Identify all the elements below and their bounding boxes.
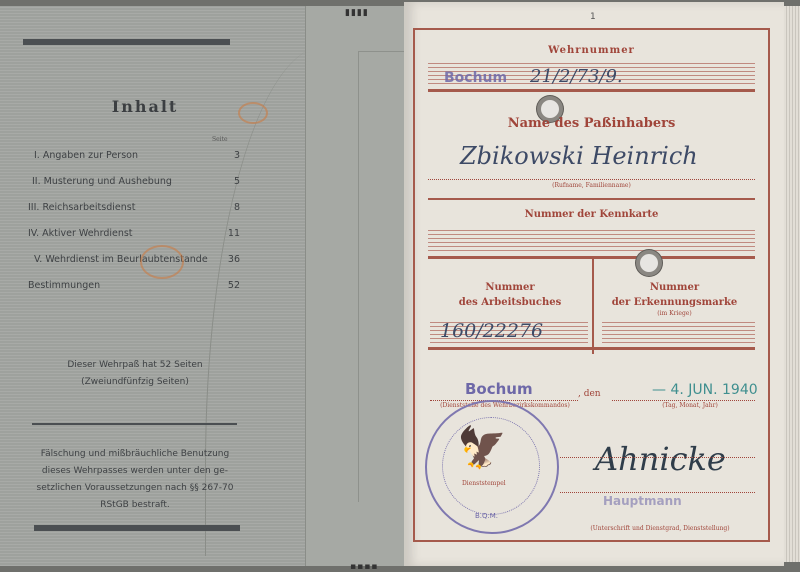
divider-top	[23, 39, 230, 45]
erkennungsmarke-lines	[602, 322, 755, 346]
date-caption: (Tag, Monat, Jahr)	[640, 402, 740, 409]
toc-item: Bestimmungen52	[20, 272, 240, 298]
name-caption: (Rufname, Familienname)	[413, 182, 770, 189]
signature-dotline	[560, 457, 755, 458]
wehrnummer-stamp: Bochum	[444, 70, 507, 86]
divider-bottom	[34, 525, 240, 531]
toc-item: III. Reichsarbeitsdienst8	[20, 194, 240, 220]
binding-holes-top: ▮▮▮▮	[345, 8, 369, 18]
toc-item: IV. Aktiver Wehrdienst11	[20, 220, 240, 246]
eagle-emblem-icon: 🦅	[457, 424, 507, 471]
cover-flap-edge	[358, 51, 405, 502]
place-stamp: Bochum	[465, 380, 533, 398]
wehrnummer-label: Wehrnummer	[413, 45, 770, 56]
toc-item: I. Angaben zur Person3	[20, 142, 240, 168]
grommet	[636, 250, 662, 276]
divider-middle	[32, 423, 237, 425]
arbeitsbuch-value: 160/22276	[440, 320, 543, 342]
seal-caption: Dienststempel	[462, 480, 506, 487]
kennkarte-label: Nummer der Kennkarte	[413, 209, 770, 220]
holder-name-value: Zbikowski Heinrich	[460, 142, 698, 170]
page-number: 1	[590, 12, 596, 22]
wehrnummer-value: 21/2/73/9.	[530, 66, 623, 87]
toc-title: Inhalt	[40, 97, 250, 116]
signature: Ahnicke	[595, 440, 726, 478]
kennkarte-lines	[428, 230, 755, 254]
forgery-warning: Fälschung und mißbräuchliche Benutzung d…	[30, 446, 240, 514]
rank-dotline	[560, 492, 755, 493]
seal-bottom-text: B.Q.M.	[475, 512, 498, 520]
arbeitsbuch-label: Nummer des Arbeitsbuches	[428, 280, 592, 310]
page-count-note: Dieser Wehrpaß hat 52 Seiten (Zweiundfün…	[30, 357, 240, 391]
name-dotline	[428, 179, 755, 180]
erkennungsmarke-label: Nummer der Erkennungsmarke	[594, 280, 755, 310]
toc-item: II. Musterung und Aushebung5	[20, 168, 240, 194]
binding-holes-bottom: ▪▪▪▪	[350, 562, 378, 572]
rule	[428, 89, 755, 92]
rank-stamp: Hauptmann	[603, 494, 682, 508]
holder-name-label: Name des Paßinhabers	[413, 116, 770, 131]
den-label: , den	[578, 389, 601, 399]
page-edges	[784, 6, 800, 562]
rust-stain	[238, 102, 268, 124]
rule	[428, 347, 755, 350]
rule	[428, 198, 755, 200]
toc-list: I. Angaben zur Person3 II. Musterung und…	[20, 142, 240, 298]
rust-stain	[140, 245, 184, 279]
signature-caption: (Unterschrift und Dienstgrad, Dienststel…	[560, 525, 760, 532]
erkennungsmarke-caption: (im Kriege)	[594, 310, 755, 317]
date-dotline	[612, 400, 755, 401]
official-seal: 🦅 Dienststempel B.Q.M.	[425, 400, 559, 534]
date-stamp: — 4. JUN. 1940	[652, 382, 758, 398]
toc-item: V. Wehrdienst im Beurlaubtenstande36	[20, 246, 240, 272]
